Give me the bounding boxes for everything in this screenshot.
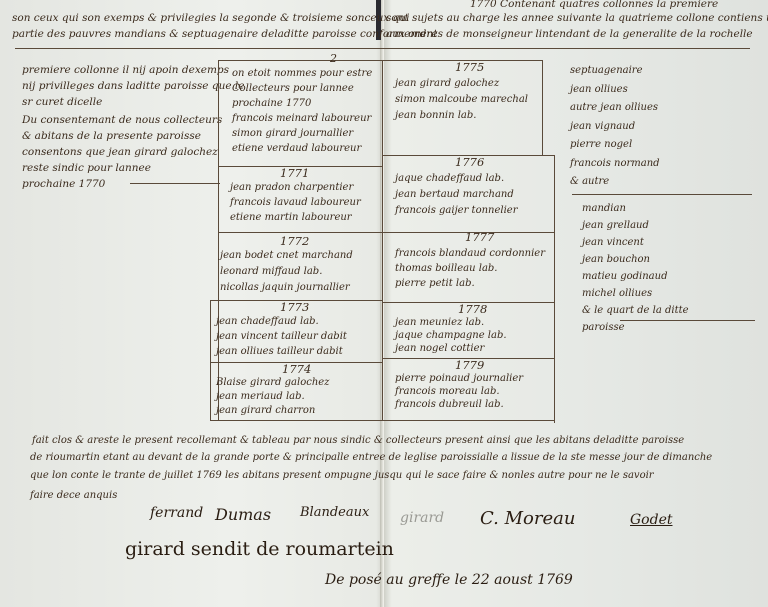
block-1774: Blaise girard galochez jean meriaud lab.… [216,376,329,418]
name-entry: jean olliues tailleur dabit [216,344,347,359]
name-entry: francois blandaud cordonnier [395,246,545,261]
block-1777: francois blandaud cordonnier thomas boil… [395,246,545,291]
col2-lower-border [210,300,211,420]
year-1775: 1775 [455,60,484,74]
name-entry: jaque champagne lab. [395,329,507,342]
name-entry: jaque chadeffaud lab. [395,171,518,187]
name-entry: pierre petit lab. [395,276,545,291]
col2-top-border [218,60,382,61]
note-line: consentons que jean girard galochez [22,144,222,160]
block-1775: jean girard galochez simon malcoube mare… [395,76,528,124]
header-line-1-right: sont sujets au charge les annee suivante… [386,12,768,24]
list-entry: mandian [582,200,689,217]
name-entry: simon girard journallier [232,126,372,141]
header-line-2-right: aux ordres de monseigneur lintendant de … [386,28,753,40]
col3-bottom-border [382,420,554,421]
year-1773: 1773 [280,300,309,314]
note-line: & abitans de la presente paroisse [22,128,222,144]
list-entry: autre jean olliues [570,99,660,118]
name-entry: jean girard charron [216,404,329,418]
closing-line-2: de rioumartin etant au devant de la gran… [30,452,712,463]
list-entry: paroisse [582,319,689,336]
name-entry: jean nogel cottier [395,342,507,355]
name-entry: francois lavaud laboureur [230,195,361,210]
list-entry: jean grellaud [582,217,689,234]
closing-line-3: que lon conte le trante de juillet 1769 … [30,470,654,481]
name-entry: nicollas jaquin journallier [220,280,353,296]
year-1777: 1777 [465,230,494,244]
name-entry: etiene martin laboureur [230,210,361,225]
note-line: Du consentemant de nous collecteurs [22,112,222,128]
signature-ferrand: ferrand [150,505,203,521]
header-line-1-left: son ceux qui son exemps & privilegies la… [12,12,409,24]
col4-end-line [620,320,755,321]
intro-line: on etoit nommes pour estre [232,66,372,81]
name-entry: jean bodet cnet marchand [220,248,353,264]
year-1772: 1772 [280,234,309,248]
block-1779: pierre poinaud journalier francois morea… [395,372,523,411]
list-entry: francois normand [570,155,660,174]
left-note-para1: premiere collonne il nij apoin dexemps n… [22,62,244,110]
name-entry: thomas boilleau lab. [395,261,545,276]
header-line-2-left: partie des pauvres mandians & septuagena… [12,28,438,40]
intro-line: prochaine 1770 [232,96,372,111]
header-divider [15,48,750,49]
row-divider [218,232,382,233]
name-entry: jean girard galochez [395,76,528,92]
list-entry: jean vincent [582,234,689,251]
name-entry: pierre poinaud journalier [395,372,523,385]
col2-top-mark: 2 [330,52,337,65]
list-entry: jean vignaud [570,118,660,137]
signature-godet: Godet [630,512,673,528]
signature-blandeaux: Blandeaux [300,505,369,520]
block-1773: jean chadeffaud lab. jean vincent taille… [216,314,347,359]
name-entry: francois meinard laboureur [232,111,372,126]
list-entry: matieu godinaud [582,268,689,285]
col4-mendiants: mandian jean grellaud jean vincent jean … [582,200,689,336]
col2-intro: on etoit nommes pour estre Collecteurs p… [232,66,372,156]
list-entry: jean bouchon [582,251,689,268]
name-entry: jean chadeffaud lab. [216,314,347,329]
note-line: nij privilleges dans laditte paroisse qu… [22,78,244,94]
signature-girard-syndic: girard sendit de roumartein [125,538,394,560]
block-1776: jaque chadeffaud lab. jean bertaud march… [395,171,518,219]
col2-bottom-border [210,420,382,421]
block-1771: jean pradon charpentier francois lavaud … [230,180,361,225]
signature-dumas: Dumas [215,505,271,524]
col4-divider [572,194,752,195]
year-1771: 1771 [280,166,309,180]
block-1772: jean bodet cnet marchand leonard miffaud… [220,248,353,296]
col3-right-border-lower [554,155,555,423]
note-line: sr curet dicelle [22,94,244,110]
closing-line-4: faire dece anquis [30,490,117,501]
name-entry: Blaise girard galochez [216,376,329,390]
name-entry: jean meriaud lab. [216,390,329,404]
list-entry: septuagenaire [570,62,660,81]
note-line: prochaine 1770 [22,176,222,192]
list-entry: michel olliues [582,285,689,302]
name-entry: leonard miffaud lab. [220,264,353,280]
year-1774: 1774 [282,362,311,376]
col4-septuagenaires: septuagenaire jean olliues autre jean ol… [570,62,660,192]
year-1778: 1778 [458,302,487,316]
signature-girard-faint: girard [400,510,444,526]
deposit-note: De posé au greffe le 22 aoust 1769 [325,572,573,588]
list-entry: jean olliues [570,81,660,100]
signature-moreau: C. Moreau [480,508,575,529]
year-1776: 1776 [455,155,484,169]
col-divider [382,60,383,420]
name-entry: etiene verdaud laboureur [232,141,372,156]
name-entry: simon malcoube marechal [395,92,528,108]
header-line-0-right: 1770 Contenant quatres collonnes la prem… [470,0,718,10]
list-entry: & autre [570,173,660,192]
list-entry: pierre nogel [570,136,660,155]
closing-line-1: fait clos & areste le present recolleman… [32,435,684,446]
list-entry: & le quart de la ditte [582,302,689,319]
name-entry: francois gaijer tonnelier [395,203,518,219]
name-entry: jean meuniez lab. [395,316,507,329]
left-note-para2: Du consentemant de nous collecteurs & ab… [22,112,222,192]
note-line: reste sindic pour lannee [22,160,222,176]
note-line: premiere collonne il nij apoin dexemps [22,62,244,78]
name-entry: jean bertaud marchand [395,187,518,203]
intro-line: Collecteurs pour lannee [232,81,372,96]
name-entry: jean bonnin lab. [395,108,528,124]
year-1779: 1779 [455,358,484,372]
name-entry: francois dubreuil lab. [395,398,523,411]
block-1778: jean meuniez lab. jaque champagne lab. j… [395,316,507,355]
note-underline [130,183,220,184]
col3-right-border-upper [542,60,543,155]
name-entry: jean pradon charpentier [230,180,361,195]
name-entry: francois moreau lab. [395,385,523,398]
col2-left-border [218,60,219,420]
name-entry: jean vincent tailleur dabit [216,329,347,344]
